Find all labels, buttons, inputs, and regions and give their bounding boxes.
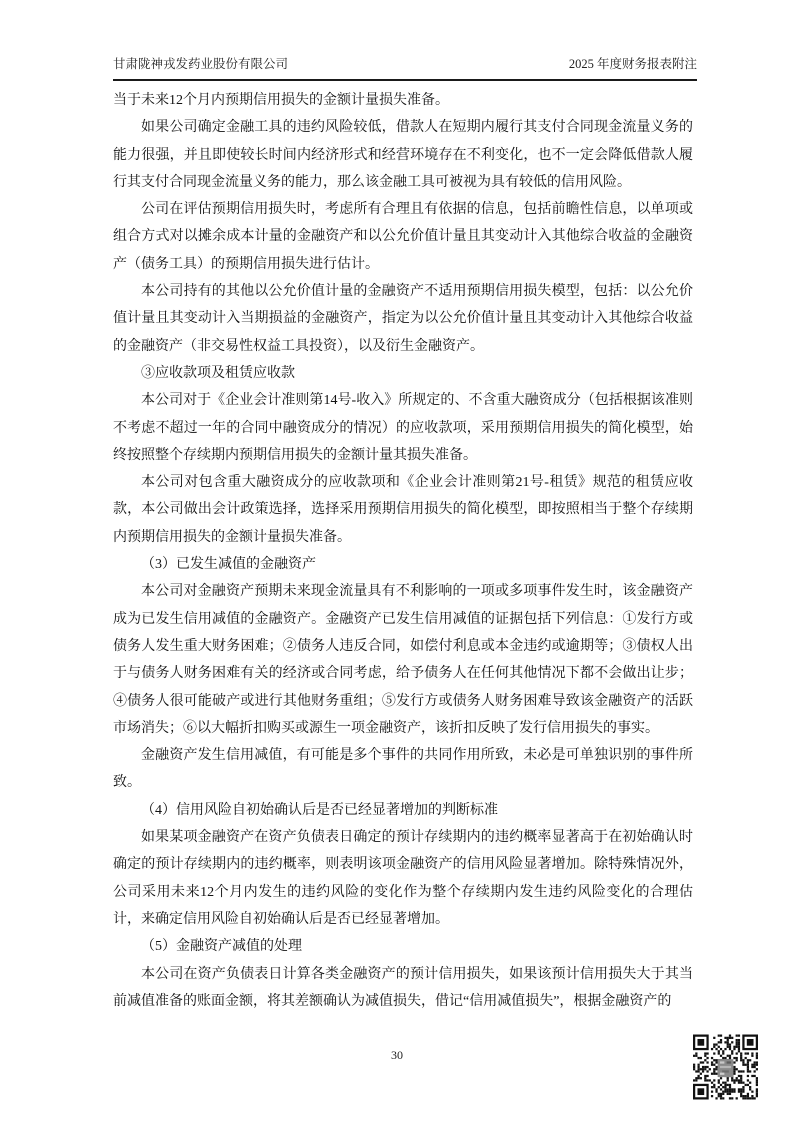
paragraph: 公司在评估预期信用损失时，考虑所有合理且有依据的信息，包括前瞻性信息，以单项或组… [113, 196, 693, 278]
qr-code [693, 1034, 758, 1100]
document-body: 当于未来12个月内预期信用损失的金额计量损失准备。 如果公司确定金融工具的违约风… [113, 87, 693, 1015]
section-heading-impairment-treatment: （5）金融资产减值的处理 [113, 933, 693, 960]
paragraph: 本公司持有的其他以公允价值计量的金融资产不适用预期信用损失模型，包括：以公允价值… [113, 278, 693, 360]
page-number: 30 [0, 1048, 794, 1063]
section-heading-receivables: ③应收款项及租赁应收款 [113, 360, 693, 387]
section-heading-credit-risk: （4）信用风险自初始确认后是否已经显著增加的判断标准 [113, 797, 693, 824]
paragraph: 金融资产发生信用减值，有可能是多个事件的共同作用所致，未必是可单独识别的事件所致… [113, 742, 693, 797]
paragraph: 本公司对于《企业会计准则第14号-收入》所规定的、不含重大融资成分（包括根据该准… [113, 387, 693, 469]
paragraph: 本公司对金融资产预期未来现金流量具有不利影响的一项或多项事件发生时，该金融资产成… [113, 578, 693, 742]
paragraph: 如果某项金融资产在资产负债表日确定的预计存续期内的违约概率显著高于在初始确认时确… [113, 824, 693, 933]
section-heading-impaired-assets: （3）已发生减值的金融资产 [113, 551, 693, 578]
header-doc-title: 2025 年度财务报表附注 [569, 54, 697, 72]
document-page: 甘肃陇神戎发药业股份有限公司 2025 年度财务报表附注 当于未来12个月内预期… [0, 0, 794, 1122]
paragraph: 如果公司确定金融工具的违约风险较低，借款人在短期内履行其支付合同现金流量义务的能… [113, 114, 693, 196]
paragraph: 本公司在资产负债表日计算各类金融资产的预计信用损失，如果该预计信用损失大于其当前… [113, 961, 693, 1016]
paragraph-continuation: 当于未来12个月内预期信用损失的金额计量损失准备。 [113, 87, 693, 114]
paragraph: 本公司对包含重大融资成分的应收款项和《企业会计准则第21号-租赁》规范的租赁应收… [113, 469, 693, 551]
header-company-name: 甘肃陇神戎发药业股份有限公司 [113, 54, 288, 72]
page-header: 甘肃陇神戎发药业股份有限公司 2025 年度财务报表附注 [113, 54, 697, 81]
